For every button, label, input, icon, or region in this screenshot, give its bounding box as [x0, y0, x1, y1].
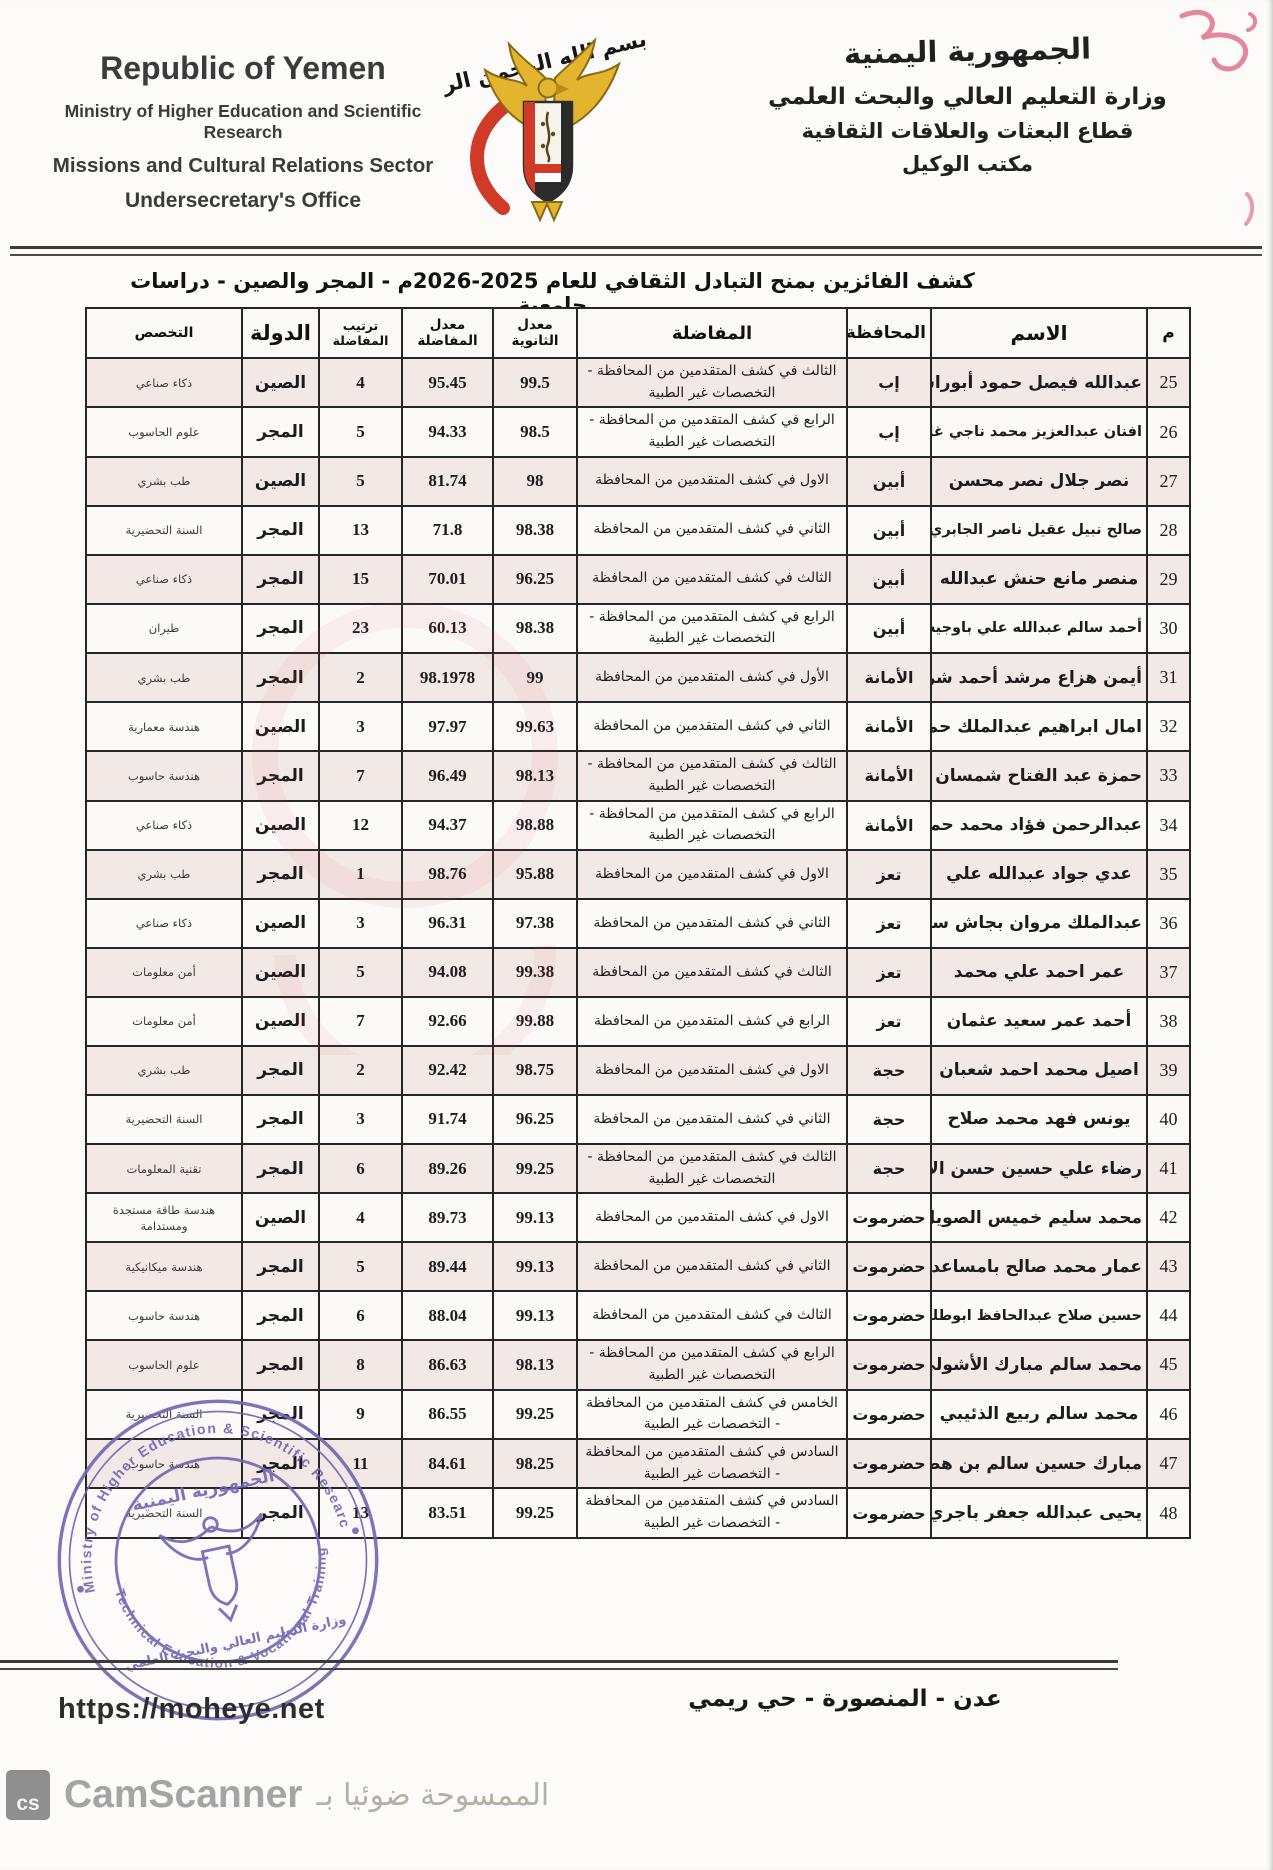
col-header-selection-average: معدل المفاضلة [402, 308, 493, 358]
row-number: 43 [1147, 1242, 1190, 1291]
specialization: تقنية المعلومات [86, 1144, 242, 1193]
student-name: عبدالله فيصل حمود أبوراس [931, 358, 1147, 407]
row-number: 41 [1147, 1144, 1190, 1193]
office-name-ar: مكتب الوكيل [680, 152, 1255, 176]
student-name: عبدالرحمن فؤاد محمد حمود [931, 801, 1147, 850]
col-header-selection: المفاضلة [577, 308, 847, 358]
selection-basis: السادس في كشف المتقدمين من المحافظة - ال… [577, 1439, 847, 1488]
specialization: هندسة حاسوب [86, 751, 242, 800]
selection-basis: الرابع في كشف المتقدمين من المحافظة - ال… [577, 801, 847, 850]
selection-rank: 6 [319, 1291, 402, 1340]
eagle-head [539, 79, 558, 98]
letterhead-arabic: الجمهورية اليمنية وزارة التعليم العالي و… [680, 34, 1255, 176]
table-row: 30 أحمد سالم عبدالله علي باوجيه أبين الر… [86, 604, 1190, 653]
yemen-coat-of-arms-icon: بسم الله الرحمن الرحيم [443, 12, 653, 224]
high-school-average: 98.75 [493, 1046, 577, 1095]
selection-rank: 5 [319, 1242, 402, 1291]
selection-basis: الثالث في كشف المتقدمين من المحافظة - ال… [577, 1144, 847, 1193]
header-row: م الاسم المحافظة المفاضلة معدل الثانوية … [86, 308, 1190, 358]
selection-average: 97.97 [402, 702, 493, 751]
selection-average: 94.37 [402, 801, 493, 850]
country: المجر [242, 506, 319, 555]
row-number: 29 [1147, 555, 1190, 604]
country: المجر [242, 1488, 319, 1537]
specialization: طب بشري [86, 653, 242, 702]
high-school-average: 99.5 [493, 358, 577, 407]
eagle-tail [532, 202, 562, 220]
selection-basis: الاول في كشف المتقدمين من المحافظة [577, 850, 847, 899]
results-table-body: 25 عبدالله فيصل حمود أبوراس إب الثالث في… [86, 358, 1190, 1538]
footer-address: عدن - المنصورة - حي ريمي [610, 1686, 1080, 1712]
student-name: محمد سليم خميس الصويل [931, 1193, 1147, 1242]
specialization: هندسة ميكانيكية [86, 1242, 242, 1291]
country: المجر [242, 555, 319, 604]
high-school-average: 98.88 [493, 801, 577, 850]
country: الصين [242, 457, 319, 506]
specialization: ذكاء صناعي [86, 899, 242, 948]
table-row: 39 اصيل محمد احمد شعبان حجة الاول في كشف… [86, 1046, 1190, 1095]
governorate: حضرموت [847, 1439, 931, 1488]
selection-average: 83.51 [402, 1488, 493, 1537]
selection-basis: الثاني في كشف المتقدمين من المحافظة [577, 1242, 847, 1291]
country: المجر [242, 1439, 319, 1488]
col-header-name: الاسم [931, 308, 1147, 358]
student-name: عبدالملك مروان بجاش سيف [931, 899, 1147, 948]
student-name: صالح نبيل عقيل ناصر الجابري [931, 506, 1147, 555]
selection-average: 71.8 [402, 506, 493, 555]
high-school-average: 99.25 [493, 1488, 577, 1537]
selection-average: 89.44 [402, 1242, 493, 1291]
selection-rank: 4 [319, 358, 402, 407]
row-number: 36 [1147, 899, 1190, 948]
high-school-average: 99.38 [493, 948, 577, 997]
camscanner-label: CamScanner [64, 1773, 302, 1817]
selection-basis: الثالث في كشف المتقدمين من المحافظة [577, 1291, 847, 1340]
specialization: هندسة حاسوب [86, 1291, 242, 1340]
selection-rank: 23 [319, 604, 402, 653]
sector-name-en: Missions and Cultural Relations Sector [28, 154, 458, 178]
selection-rank: 3 [319, 702, 402, 751]
student-name: مبارك حسين سالم بن هضيل [931, 1439, 1147, 1488]
specialization: ذكاء صناعي [86, 555, 242, 604]
selection-basis: الأول في كشف المتقدمين من المحافظة [577, 653, 847, 702]
student-name: منصر مانع حنش عبدالله [931, 555, 1147, 604]
governorate: تعز [847, 997, 931, 1046]
country-name-ar: الجمهورية اليمنية [680, 28, 1256, 74]
governorate: تعز [847, 948, 931, 997]
specialization: هندسة معمارية [86, 702, 242, 751]
selection-basis: الثاني في كشف المتقدمين من المحافظة [577, 702, 847, 751]
country: المجر [242, 850, 319, 899]
row-number: 40 [1147, 1095, 1190, 1144]
row-number: 37 [1147, 948, 1190, 997]
col-header-governorate: المحافظة [847, 308, 931, 358]
student-name: أيمن هزاع مرشد أحمد شرف [931, 653, 1147, 702]
specialization: طب بشري [86, 850, 242, 899]
row-number: 27 [1147, 457, 1190, 506]
table-row: 37 عمر احمد علي محمد تعز الثالث في كشف ا… [86, 948, 1190, 997]
table-row: 31 أيمن هزاع مرشد أحمد شرف الأمانة الأول… [86, 653, 1190, 702]
governorate: حضرموت [847, 1291, 931, 1340]
high-school-average: 98.13 [493, 1340, 577, 1389]
governorate: حجة [847, 1046, 931, 1095]
selection-basis: الثاني في كشف المتقدمين من المحافظة [577, 1095, 847, 1144]
selection-average: 89.26 [402, 1144, 493, 1193]
governorate: إب [847, 407, 931, 456]
shield-stripes [524, 102, 572, 207]
high-school-average: 98.25 [493, 1439, 577, 1488]
table-row: 29 منصر مانع حنش عبدالله أبين الثالث في … [86, 555, 1190, 604]
governorate: أبين [847, 604, 931, 653]
specialization: أمن معلومات [86, 997, 242, 1046]
table-row: 46 محمد سالم ربيع الذئيبي حضرموت الخامس … [86, 1390, 1190, 1439]
selection-rank: 6 [319, 1144, 402, 1193]
selection-basis: الثالث في كشف المتقدمين من المحافظة [577, 555, 847, 604]
high-school-average: 99.63 [493, 702, 577, 751]
table-row: 28 صالح نبيل عقيل ناصر الجابري أبين الثا… [86, 506, 1190, 555]
row-number: 47 [1147, 1439, 1190, 1488]
governorate: الأمانة [847, 801, 931, 850]
row-number: 38 [1147, 997, 1190, 1046]
high-school-average: 99.25 [493, 1144, 577, 1193]
selection-rank: 8 [319, 1340, 402, 1389]
selection-rank: 11 [319, 1439, 402, 1488]
high-school-average: 98 [493, 457, 577, 506]
governorate: حضرموت [847, 1390, 931, 1439]
row-number: 44 [1147, 1291, 1190, 1340]
selection-average: 94.08 [402, 948, 493, 997]
selection-average: 91.74 [402, 1095, 493, 1144]
high-school-average: 99.13 [493, 1242, 577, 1291]
table-row: 25 عبدالله فيصل حمود أبوراس إب الثالث في… [86, 358, 1190, 407]
table-row: 40 يونس فهد محمد صلاح حجة الثاني في كشف … [86, 1095, 1190, 1144]
letterhead-english: Republic of Yemen Ministry of Higher Edu… [28, 50, 458, 213]
row-number: 30 [1147, 604, 1190, 653]
student-name: اصيل محمد احمد شعبان [931, 1046, 1147, 1095]
col-header-hs-average: معدل الثانوية [493, 308, 577, 358]
high-school-average: 98.38 [493, 604, 577, 653]
country: المجر [242, 1242, 319, 1291]
high-school-average: 99.13 [493, 1291, 577, 1340]
selection-basis: الثاني في كشف المتقدمين من المحافظة [577, 506, 847, 555]
selection-rank: 5 [319, 948, 402, 997]
col-header-country: الدولة [242, 308, 319, 358]
col-header-number: م [1147, 308, 1190, 358]
governorate: حجة [847, 1095, 931, 1144]
selection-average: 98.76 [402, 850, 493, 899]
row-number: 25 [1147, 358, 1190, 407]
high-school-average: 99.88 [493, 997, 577, 1046]
country: الصين [242, 702, 319, 751]
selection-rank: 2 [319, 1046, 402, 1095]
student-name: حسين صلاح عبدالحافظ ابوطلعه [931, 1291, 1147, 1340]
specialization: علوم الحاسوب [86, 1340, 242, 1389]
ministry-name-en: Ministry of Higher Education and Scienti… [28, 101, 458, 143]
selection-basis: الاول في كشف المتقدمين من المحافظة [577, 1046, 847, 1095]
governorate: حجة [847, 1144, 931, 1193]
selection-average: 60.13 [402, 604, 493, 653]
high-school-average: 99 [493, 653, 577, 702]
row-number: 42 [1147, 1193, 1190, 1242]
crescent-shape [477, 106, 505, 208]
ministry-name-ar: وزارة التعليم العالي والبحث العلمي [680, 84, 1255, 110]
selection-rank: 3 [319, 899, 402, 948]
selection-rank: 5 [319, 457, 402, 506]
selection-average: 94.33 [402, 407, 493, 456]
student-name: أحمد عمر سعيد عثمان [931, 997, 1147, 1046]
specialization: السنة التحضيرية [86, 506, 242, 555]
student-name: افنان عبدالعزيز محمد ناجي غالب [931, 407, 1147, 456]
specialization: هندسة طاقة مستجدة ومستدامة [86, 1193, 242, 1242]
col-header-selection-rank: ترتيب المفاضلة [319, 308, 402, 358]
results-table-head: م الاسم المحافظة المفاضلة معدل الثانوية … [86, 308, 1190, 358]
selection-average: 84.61 [402, 1439, 493, 1488]
governorate: حضرموت [847, 1193, 931, 1242]
student-name: امال ابراهيم عبدالملك حمود [931, 702, 1147, 751]
table-row: 26 افنان عبدالعزيز محمد ناجي غالب إب الر… [86, 407, 1190, 456]
selection-average: 92.42 [402, 1046, 493, 1095]
row-number: 48 [1147, 1488, 1190, 1537]
governorate: تعز [847, 850, 931, 899]
specialization: السنة التحضيرية [86, 1488, 242, 1537]
selection-average: 92.66 [402, 997, 493, 1046]
selection-average: 70.01 [402, 555, 493, 604]
office-name-en: Undersecretary's Office [28, 189, 458, 213]
country: الصين [242, 801, 319, 850]
governorate: حضرموت [847, 1340, 931, 1389]
specialization: طيران [86, 604, 242, 653]
high-school-average: 98.5 [493, 407, 577, 456]
col-header-specialization: التخصص [86, 308, 242, 358]
governorate: إب [847, 358, 931, 407]
selection-average: 86.55 [402, 1390, 493, 1439]
table-row: 43 عمار محمد صالح بامساعد حضرموت الثاني … [86, 1242, 1190, 1291]
table-row: 38 أحمد عمر سعيد عثمان تعز الرابع في كشف… [86, 997, 1190, 1046]
selection-basis: الثالث في كشف المتقدمين من المحافظة [577, 948, 847, 997]
student-name: يحيى عبدالله جعفر باجري [931, 1488, 1147, 1537]
country: المجر [242, 653, 319, 702]
selection-rank: 3 [319, 1095, 402, 1144]
country: المجر [242, 1390, 319, 1439]
header-divider-line [10, 246, 1262, 256]
edge-mark-artifact [1243, 192, 1257, 226]
selection-basis: الاول في كشف المتقدمين من المحافظة [577, 1193, 847, 1242]
selection-average: 88.04 [402, 1291, 493, 1340]
student-name: رضاء علي حسين حسن الاشول [931, 1144, 1147, 1193]
selection-rank: 5 [319, 407, 402, 456]
country: الصين [242, 899, 319, 948]
table-row: 45 محمد سالم مبارك الأشولي حضرموت الرابع… [86, 1340, 1190, 1389]
row-number: 26 [1147, 407, 1190, 456]
selection-rank: 4 [319, 1193, 402, 1242]
row-number: 45 [1147, 1340, 1190, 1389]
table-row: 48 يحيى عبدالله جعفر باجري حضرموت السادس… [86, 1488, 1190, 1537]
governorate: حضرموت [847, 1242, 931, 1291]
selection-average: 96.49 [402, 751, 493, 800]
governorate: أبين [847, 506, 931, 555]
selection-basis: الخامس في كشف المتقدمين من المحافظة - ال… [577, 1390, 847, 1439]
selection-average: 96.31 [402, 899, 493, 948]
table-row: 32 امال ابراهيم عبدالملك حمود الأمانة ال… [86, 702, 1190, 751]
governorate: أبين [847, 457, 931, 506]
selection-rank: 1 [319, 850, 402, 899]
specialization: ذكاء صناعي [86, 801, 242, 850]
sector-name-ar: قطاع البعثات والعلاقات الثقافية [680, 119, 1255, 143]
specialization: علوم الحاسوب [86, 407, 242, 456]
student-name: حمزة عبد الفتاح شمسان حزام [931, 751, 1147, 800]
student-name: أحمد سالم عبدالله علي باوجيه [931, 604, 1147, 653]
specialization: ذكاء صناعي [86, 358, 242, 407]
specialization: هندسة حاسوب [86, 1439, 242, 1488]
student-name: يونس فهد محمد صلاح [931, 1095, 1147, 1144]
results-table: م الاسم المحافظة المفاضلة معدل الثانوية … [85, 307, 1191, 1539]
selection-basis: الاول في كشف المتقدمين من المحافظة [577, 457, 847, 506]
governorate: الأمانة [847, 702, 931, 751]
row-number: 35 [1147, 850, 1190, 899]
table-row: 42 محمد سليم خميس الصويل حضرموت الاول في… [86, 1193, 1190, 1242]
row-number: 33 [1147, 751, 1190, 800]
row-number: 46 [1147, 1390, 1190, 1439]
selection-average: 86.63 [402, 1340, 493, 1389]
table-row: 35 عدي جواد عبدالله علي تعز الاول في كشف… [86, 850, 1190, 899]
country: الصين [242, 1193, 319, 1242]
country: المجر [242, 1046, 319, 1095]
high-school-average: 97.38 [493, 899, 577, 948]
footer-website: https://moheye.net [58, 1693, 325, 1726]
high-school-average: 98.38 [493, 506, 577, 555]
selection-basis: الثاني في كشف المتقدمين من المحافظة [577, 899, 847, 948]
specialization: طب بشري [86, 457, 242, 506]
row-number: 31 [1147, 653, 1190, 702]
specialization: السنة التحضيرية [86, 1390, 242, 1439]
governorate: تعز [847, 899, 931, 948]
student-name: عمار محمد صالح بامساعد [931, 1242, 1147, 1291]
selection-basis: الرابع في كشف المتقدمين من المحافظة - ال… [577, 604, 847, 653]
country: الصين [242, 948, 319, 997]
selection-average: 98.1978 [402, 653, 493, 702]
table-row: 36 عبدالملك مروان بجاش سيف تعز الثاني في… [86, 899, 1190, 948]
student-name: عدي جواد عبدالله علي [931, 850, 1147, 899]
row-number: 32 [1147, 702, 1190, 751]
high-school-average: 95.88 [493, 850, 577, 899]
selection-rank: 9 [319, 1390, 402, 1439]
governorate: أبين [847, 555, 931, 604]
selection-basis: السادس في كشف المتقدمين من المحافظة - ال… [577, 1488, 847, 1537]
country: المجر [242, 1291, 319, 1340]
high-school-average: 99.25 [493, 1390, 577, 1439]
selection-basis: الثالث في كشف المتقدمين من المحافظة - ال… [577, 751, 847, 800]
student-name: محمد سالم ربيع الذئيبي [931, 1390, 1147, 1439]
selection-basis: الثالث في كشف المتقدمين من المحافظة - ال… [577, 358, 847, 407]
country: المجر [242, 1095, 319, 1144]
row-number: 34 [1147, 801, 1190, 850]
selection-rank: 13 [319, 1488, 402, 1537]
table-row: 27 نصر جلال نصر محسن أبين الاول في كشف ا… [86, 457, 1190, 506]
country: المجر [242, 407, 319, 456]
selection-average: 81.74 [402, 457, 493, 506]
specialization: السنة التحضيرية [86, 1095, 242, 1144]
selection-rank: 7 [319, 997, 402, 1046]
row-number: 39 [1147, 1046, 1190, 1095]
scanned-document-page: Republic of Yemen Ministry of Higher Edu… [0, 0, 1273, 1870]
country: الصين [242, 997, 319, 1046]
camscanner-arabic-label: الممسوحة ضوئيا بـ [316, 1778, 549, 1813]
country: المجر [242, 1144, 319, 1193]
high-school-average: 98.13 [493, 751, 577, 800]
governorate: حضرموت [847, 1488, 931, 1537]
high-school-average: 96.25 [493, 1095, 577, 1144]
specialization: طب بشري [86, 1046, 242, 1095]
selection-rank: 7 [319, 751, 402, 800]
footer-divider-line [0, 1660, 1118, 1670]
table-row: 33 حمزة عبد الفتاح شمسان حزام الأمانة ال… [86, 751, 1190, 800]
table-row: 34 عبدالرحمن فؤاد محمد حمود الأمانة الرا… [86, 801, 1190, 850]
high-school-average: 96.25 [493, 555, 577, 604]
selection-basis: الرابع في كشف المتقدمين من المحافظة [577, 997, 847, 1046]
country: المجر [242, 751, 319, 800]
country-name-en: Republic of Yemen [28, 50, 458, 87]
student-name: محمد سالم مبارك الأشولي [931, 1340, 1147, 1389]
governorate: الأمانة [847, 751, 931, 800]
selection-basis: الرابع في كشف المتقدمين من المحافظة - ال… [577, 407, 847, 456]
country: الصين [242, 358, 319, 407]
camscanner-icon: cs [6, 1770, 50, 1820]
country: المجر [242, 604, 319, 653]
specialization: أمن معلومات [86, 948, 242, 997]
table-row: 47 مبارك حسين سالم بن هضيل حضرموت السادس… [86, 1439, 1190, 1488]
selection-rank: 15 [319, 555, 402, 604]
row-number: 28 [1147, 506, 1190, 555]
selection-rank: 12 [319, 801, 402, 850]
table-row: 41 رضاء علي حسين حسن الاشول حجة الثالث ف… [86, 1144, 1190, 1193]
student-name: عمر احمد علي محمد [931, 948, 1147, 997]
selection-rank: 2 [319, 653, 402, 702]
selection-average: 95.45 [402, 358, 493, 407]
selection-average: 89.73 [402, 1193, 493, 1242]
student-name: نصر جلال نصر محسن [931, 457, 1147, 506]
table-row: 44 حسين صلاح عبدالحافظ ابوطلعه حضرموت ال… [86, 1291, 1190, 1340]
governorate: الأمانة [847, 653, 931, 702]
camscanner-watermark: cs CamScanner الممسوحة ضوئيا بـ [6, 1770, 549, 1820]
high-school-average: 99.13 [493, 1193, 577, 1242]
selection-rank: 13 [319, 506, 402, 555]
selection-basis: الرابع في كشف المتقدمين من المحافظة - ال… [577, 1340, 847, 1389]
country: المجر [242, 1340, 319, 1389]
